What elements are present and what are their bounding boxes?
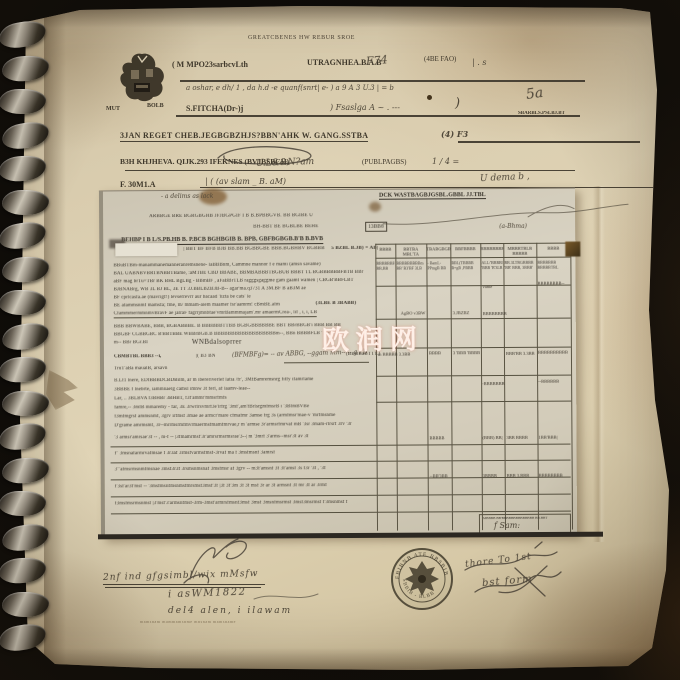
- doc-paragraph-line: BBuBTBm-manammanemanneranremsnene- laBBB…: [113, 262, 320, 268]
- table-subheader-cell: BBBBBBB BBBBBTBL: [537, 260, 569, 282]
- top-edge-shadow: [20, 6, 660, 28]
- table-subheader-cell: - BamL- PPmgB BB: [427, 260, 449, 282]
- doc-paragraph-line: BBB BBWBABE, BBB, BGBABBBE. B BBBBBBTTBB…: [114, 323, 341, 329]
- footer-micro-text: mamsnam mammamsnme mnsnam mamsname: [140, 619, 236, 624]
- watermark-text: 欧润网: [322, 317, 425, 358]
- doc-ruled-row: f'' 3msnafarmrvafmsae f 3r3af 3rmsfvarms…: [115, 450, 276, 456]
- form-row5-scrawl: | ( (av slam _ B. aM): [205, 177, 286, 186]
- doc-section-line: famre,-- 3mfB mmaremy - far, 3E 3rwrlrsv…: [114, 404, 309, 410]
- table-entry: BBBBB: [429, 435, 444, 440]
- table-header-cell: MBBBTBLB BBBBB: [503, 246, 536, 256]
- doc-section-line: Lar, .. 3BLBVA f3BHBr 3BHBT, f3f'ammr'mm…: [114, 396, 227, 402]
- doc-paragraph-line: BF cprlcasfa.ae (mavrigf!) levserrevrr a…: [114, 295, 251, 301]
- binding-ring: [1, 254, 50, 283]
- form-row1-subscript: a oshar, e dh/ 1 , da h.d -e quanf(snrt|…: [186, 84, 394, 92]
- doc-intro-line1: ARBBGE BRE BGRGBGHB JFJBGPGIF I B B.BPBB…: [149, 213, 313, 219]
- doc-emphasis-word: WNBdalsoprrer: [192, 338, 242, 346]
- doc-subtitle-right: 5 BZBL B.JB) = AB|: [331, 246, 378, 251]
- form-row1-left: ( M MPO23sarbcvLth: [172, 60, 248, 69]
- doc-paragraph-line: BE afammsnmf mamsfa; fme, m/ mmam-aiem m…: [114, 302, 280, 308]
- table-subheader-cell: BBBBBBBBBm BB' B3'BF 3LB: [396, 260, 425, 282]
- binding-ring: [0, 521, 51, 554]
- eagle-crest-icon: [114, 50, 170, 106]
- table-entry: BBBB: [429, 350, 441, 355]
- table-header-cell: BBBBBBBB'BTB: [480, 246, 503, 251]
- notebook-page: GREATCBENES HW REBUR SROE MUT BOLB ( M M…: [0, 0, 680, 680]
- doc-top-right-heading: DCK WASTBAGBJGSBL.GBBL JJ.TBL: [379, 192, 486, 200]
- table-header-cell: BBFBBBB: [450, 246, 480, 251]
- bottom-edge-shadow: [20, 648, 670, 672]
- binding-ring: [0, 420, 48, 453]
- table-entry: BBBBBBBBBB: [538, 350, 568, 355]
- table-entry: BBBBBBBB--: [538, 281, 565, 286]
- binding-ring: [0, 355, 47, 384]
- binding-ring: [0, 18, 48, 51]
- signature-tail-stroke: [252, 589, 322, 607]
- box-micro-line: MBBBB BB'BBBBBBBBBBBBBB BB.BBT: [483, 516, 548, 520]
- form-row4-mid: (PUBLPAGBS): [362, 158, 406, 166]
- form-row3-right: (4) F3: [441, 129, 468, 139]
- binding-ring: [0, 556, 47, 585]
- doc-row-mid: |( B3 BN: [196, 354, 216, 359]
- binding-ring: [2, 190, 49, 215]
- form-row5-right-scrawl: U dema b ,: [480, 172, 530, 185]
- doc-ruled-row: f'3sf'ar3f'msf -- '3msfmsnfmsnmsfmrsmsf3…: [115, 483, 327, 489]
- ink-dot: [427, 95, 432, 100]
- table-entry: (BBB) BB|: [482, 435, 502, 440]
- table-entry: -BBBBBBB: [482, 381, 505, 386]
- table-entry: BBBBBBBB: [539, 473, 563, 478]
- binding-ring: [2, 592, 49, 617]
- table-entry: 1BB'BBB|: [538, 435, 557, 440]
- doc-ref-box: 13BB8: [365, 222, 387, 232]
- table-entry: vame: [483, 284, 493, 289]
- form-row1-bracket: (4BE FAO): [424, 55, 456, 63]
- ink-blot: [565, 242, 580, 257]
- doc-paragraph-line: BBGBF CGBBGBC B'BBTBBE WBBrBGB.B BBBBBBB…: [114, 331, 330, 337]
- binding-ring: [0, 119, 51, 152]
- binding-ring: [2, 391, 49, 416]
- table-subheader-cell: ALL/'BBBBB 'BBB 'B'3LB: [481, 260, 502, 282]
- form-row1-handwriting: F74: [366, 53, 388, 67]
- form-row3-title: 3JAN REGET CHEB.JEGBGBZHJS?BBN'AHK W. GA…: [120, 131, 368, 142]
- doc-paragraph-line: aBF mag brTu=TBr BK BHL BgLBg - BBmBF , …: [113, 278, 353, 284]
- doc-row-label: CBMBTBL BBB3 --i,: [114, 354, 161, 359]
- doc-ruled-row: f3msfmsrmsnmsf |3'msf'3'armsnfmsf-3rm-3m…: [115, 500, 348, 506]
- doc-section-line: 3BBBE f lnebrte, iammnaelg camsl imnw 3t…: [114, 387, 250, 393]
- form-row2-flourish: 5a: [525, 85, 544, 103]
- spiral-binding: [0, 0, 60, 680]
- binding-ring: [1, 53, 50, 82]
- form-row2-scrawl: ) Fsaslga A ~ . ---: [330, 103, 400, 112]
- doc-note: (3LBE B 3BABB): [316, 301, 357, 306]
- table-entry: BBB 3.BBB: [507, 473, 530, 478]
- inset-photocopy-document: - a delims as lack DCK WASTBAGBJGSBL.GBB…: [99, 188, 577, 539]
- form-table: BBBB BBTBA MBL'TA TBABGBGBT BBFBBBB BBBB…: [103, 189, 575, 192]
- table-entry: 3BBBB: [483, 473, 497, 478]
- binding-ring: [0, 290, 46, 315]
- table-entry: AgBO v3BW: [401, 310, 426, 315]
- crest-caption-right: BOLB: [147, 103, 164, 109]
- box-scrawl: f Sam:: [494, 521, 520, 530]
- signature-left-line2: i asWM1822: [168, 587, 247, 601]
- table-entry: --BB'3BB: [430, 473, 448, 478]
- crest-caption-left: MUT: [106, 106, 120, 112]
- table-header-cell: BBBB: [375, 247, 395, 252]
- doc-ruled-row: '3 armsr'amrsae'3f -- , m-f -- |3fmamrms…: [114, 434, 308, 440]
- binding-ring: [1, 455, 50, 484]
- form-row4-scrawl: U.L&&N?am: [256, 157, 315, 169]
- doc-section-line: B.Lf1 lnere, EDfBBBDCBDBilm, ar m iberer…: [114, 377, 313, 383]
- doc-row-line2: TruT'aBa maualB, arsavn: [114, 366, 167, 371]
- table-subheader-cell: BB.3LTBGBBBB 'BB' BBB, 3BBB': [504, 260, 535, 282]
- table-entry: 3.JBZBZ: [453, 310, 470, 315]
- doc-paragraph-line: BAL UABNBVBRTBNBBTBame, :aMTBE CBD BBABE…: [113, 270, 363, 277]
- table-entry: BBB'BB 3.3BB: [506, 351, 535, 356]
- form-row1-tail: | . s: [472, 58, 486, 67]
- signature-left-line3: del4 alen, i ilawam: [168, 606, 292, 616]
- signature-right-strokes: [445, 540, 585, 610]
- doc-ruled-row: 3'''afmsrmsnmfmsnae 3msf3r3f 3rsmsnmsnaf…: [115, 466, 326, 472]
- doc-top-left-scrawl: - a delims as lack: [161, 193, 213, 200]
- table-header-cell: BBTBA MBL'TA: [395, 246, 426, 256]
- doc-paragraph-line: m-- BBr BGr.BI: [114, 340, 148, 345]
- binding-ring: [0, 89, 46, 114]
- doc-ref-scrawl: (a-Bhma): [499, 223, 527, 230]
- doc-paragraph-line: BJBNABrg, WB 3L BJ BL, 3E TT 3J.BBLBZB3B…: [114, 286, 306, 292]
- table-entry: 3 'BBB 'BBBB: [453, 350, 480, 355]
- form-row2-label: S.FITCHA(Dr-)j: [186, 104, 243, 113]
- doc-section-line: D'grame amrmsmf, 3r--mrrmsrmfmvrmaermsfm…: [114, 422, 351, 428]
- form-row5-label: F. 30M1.A: [120, 180, 155, 189]
- page-header-micro-text: GREATCBENES HW REBUR SROE: [248, 35, 355, 41]
- table-entry: 3BB BBBB: [506, 435, 527, 440]
- doc-section-line: f3mfmgrsf ammsnmf, 3grv irfmsf 3mae ae a…: [114, 413, 335, 419]
- table-header-cell: TBABGBGBT: [426, 246, 450, 251]
- vertical-fold-crease: [593, 186, 605, 542]
- binding-ring: [0, 219, 48, 252]
- whited-out-box: [115, 243, 177, 256]
- binding-ring: [0, 621, 48, 654]
- doc-subtitle-line: | BBT BF BFB BJB BB.BB BGBBGBE BBB.BGBHB…: [183, 246, 324, 252]
- doc-paragraph-line: CfammmermmnmvBravF ae jalraF fagrrjmnbfa…: [114, 310, 317, 318]
- form-row4-fraction: 1 / 4 =: [432, 157, 459, 166]
- table-subheader-cell: BBL(TBBBB B=gB ,PBBB: [451, 260, 479, 282]
- binding-ring: [0, 491, 46, 516]
- table-subheader-cell: BBBBBBBB BB,BB: [376, 261, 394, 283]
- binding-ring: [0, 320, 51, 353]
- photo-of-notebook-document: GREATCBENES HW REBUR SROE MUT BOLB ( M M…: [0, 0, 680, 680]
- table-entry: BBBBBBBB: [483, 311, 507, 316]
- table-entry: --BBBBBB: [538, 379, 559, 384]
- binding-ring: [0, 154, 47, 183]
- form-row2-paren: ): [455, 96, 460, 111]
- doc-intro-line2: BH-BBT BE BGBLBE BEHE: [253, 224, 318, 229]
